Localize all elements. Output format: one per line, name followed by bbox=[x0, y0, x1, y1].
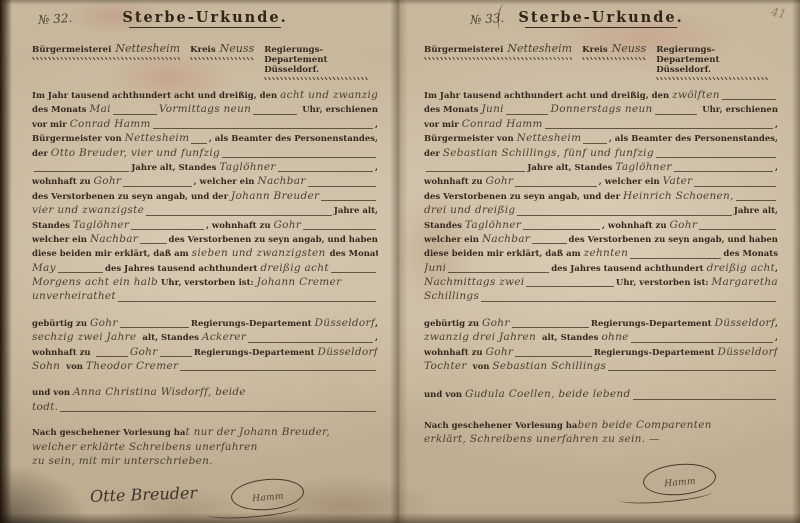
handwritten-text: t nur der Johann Breuder, bbox=[185, 426, 330, 438]
handwritten-text: Nachbar bbox=[482, 233, 530, 245]
form-line: Bürgermeister von Nettesheim, als Beamte… bbox=[424, 132, 778, 146]
printed-text: alt, Standes bbox=[536, 333, 601, 343]
printed-text: des Monats bbox=[32, 105, 90, 115]
form-line: der Sebastian Schillings, fünf und funfz… bbox=[424, 147, 778, 161]
form-rule bbox=[481, 300, 776, 302]
handwritten-text: May bbox=[32, 262, 56, 274]
form-line: todt. bbox=[32, 401, 378, 415]
form-rule bbox=[699, 228, 776, 230]
handwritten-text: Nettesheim bbox=[517, 132, 582, 144]
printed-text: Standes bbox=[32, 221, 73, 231]
form-line: diese beiden mir erklärt, daß am sieben … bbox=[32, 247, 378, 261]
handwritten-text: Heinrich Schoenen, bbox=[623, 190, 734, 202]
form-rule bbox=[331, 271, 376, 273]
form-line: des Monats JuniDonnerstags neun Uhr, ers… bbox=[424, 103, 778, 117]
handwritten-text: dreißig acht bbox=[260, 262, 328, 274]
field-departement: Regierungs-Departement Düsseldorf. bbox=[264, 45, 368, 80]
printed-text: des Verstorbenen zu seyn angab, und der bbox=[424, 192, 623, 202]
form-line: Nach geschehener Vorlesung hat nur der J… bbox=[32, 426, 378, 440]
handwritten-text: Gohr bbox=[94, 175, 122, 187]
handwritten-text: Sebastian Schillings bbox=[492, 360, 606, 372]
printed-text: welcher ein bbox=[32, 235, 90, 245]
printed-text: , wohnhaft zu bbox=[602, 221, 669, 231]
handwritten-text: Margaretha bbox=[712, 276, 779, 288]
form-rule bbox=[674, 170, 773, 172]
printed-text: Im Jahr tausend achthundert acht und dre… bbox=[32, 91, 280, 101]
form-rule bbox=[512, 326, 589, 328]
form-line: vor mir Conrad Hamm, bbox=[32, 118, 378, 132]
form-rule bbox=[308, 185, 376, 187]
signature-row: Otte Breuder Hamm bbox=[32, 479, 378, 510]
form-rule bbox=[96, 355, 128, 357]
form-rule bbox=[131, 228, 204, 230]
field-buergermeisterei: BürgermeistereiNettesheim bbox=[424, 42, 572, 60]
printed-text: , bbox=[375, 120, 378, 130]
handwritten-text: Nachbar bbox=[257, 175, 305, 187]
form-rule bbox=[515, 355, 592, 357]
form-line: unverheirathet bbox=[32, 290, 378, 304]
handwritten-text: Tochter bbox=[424, 360, 467, 372]
handwritten-text: Ackerer bbox=[202, 331, 246, 343]
handwritten-text: todt. bbox=[32, 401, 58, 413]
handwritten-text: Vater bbox=[663, 175, 693, 187]
form-line: gebürtig zu GohrRegierungs-Departement D… bbox=[424, 317, 778, 331]
certificate-title: Sterbe-Urkunde. bbox=[32, 6, 378, 28]
handwritten-text: sieben und zwanzigsten bbox=[192, 247, 326, 259]
form-line: des Verstorbenen zu seyn angab, und der … bbox=[32, 190, 378, 204]
form-rule bbox=[655, 113, 698, 115]
printed-text: Jahre alt, Standes bbox=[131, 163, 219, 173]
form-rule bbox=[426, 170, 525, 172]
printed-text: Uhr, verstorben ist: bbox=[158, 278, 257, 288]
printed-text: der bbox=[32, 149, 51, 159]
form-line: vier und zwanzigsteJahre alt, bbox=[32, 204, 378, 218]
printed-text: wohnhaft zu bbox=[32, 348, 94, 358]
form-rule bbox=[631, 341, 773, 343]
form-line: Im Jahr tausend achthundert acht und dre… bbox=[32, 89, 378, 103]
handwritten-text: Juni bbox=[424, 262, 446, 274]
form-line: Jahre alt, Standes Taglöhner, bbox=[32, 161, 378, 175]
form-line: zu sein, mit mir unterschrieben. bbox=[32, 455, 378, 469]
printed-text: Nach geschehener Vorlesung ha bbox=[32, 428, 185, 438]
death-certificate-page-33: № 33. Sterbe-Urkunde. BürgermeistereiNet… bbox=[408, 0, 794, 523]
handwritten-text: dreißig acht bbox=[707, 262, 775, 274]
handwritten-text: Taglöhner bbox=[615, 161, 671, 173]
form-line: des Monats MaiVormittags neun Uhr, ersch… bbox=[32, 103, 378, 117]
printed-text: des Monats bbox=[424, 105, 482, 115]
certificate-body: Im Jahr tausend achthundert acht und dre… bbox=[32, 89, 378, 469]
form-rule bbox=[736, 199, 776, 201]
handwritten-text: acht und zwanzigsten bbox=[280, 89, 378, 101]
form-rule bbox=[120, 326, 189, 328]
form-line: Bürgermeister von Nettesheim, als Beamte… bbox=[32, 132, 378, 146]
certificate-number: № 32. bbox=[38, 11, 73, 27]
form-rule bbox=[545, 127, 773, 129]
form-rule bbox=[253, 113, 297, 115]
handwritten-text: Nettesheim bbox=[125, 132, 190, 144]
form-line: welcher erklärte Schreibens unerfahren bbox=[32, 441, 378, 455]
form-line: Im Jahr tausend achthundert acht und dre… bbox=[424, 89, 778, 103]
printed-text: wohnhaft zu bbox=[32, 177, 94, 187]
printed-text: von bbox=[467, 362, 493, 372]
handwritten-text: Anna Christina Wisdorff, beide bbox=[73, 386, 246, 398]
printed-text: Im Jahr tausend achthundert acht und dre… bbox=[424, 91, 672, 101]
printed-text: , bbox=[775, 163, 778, 173]
printed-text: welcher ein bbox=[424, 235, 482, 245]
handwritten-text: zehnten bbox=[584, 247, 629, 259]
handwritten-text: Taglöhner bbox=[73, 219, 129, 231]
form-line: und von Anna Christina Wisdorff, beide bbox=[32, 386, 378, 400]
form-line: Schillings bbox=[424, 290, 778, 304]
printed-text: des Monats bbox=[723, 249, 778, 259]
form-rule bbox=[146, 214, 332, 216]
form-rule bbox=[608, 369, 776, 371]
form-rule bbox=[180, 369, 376, 371]
printed-text: Regierungs-Departement bbox=[191, 319, 315, 329]
printed-text: , bbox=[375, 163, 378, 173]
form-line: wohnhaft zu Gohr, welcher ein Vater bbox=[424, 175, 778, 189]
printed-text: , bbox=[375, 319, 378, 329]
printed-text: des Verstorbenen zu seyn angab, und habe… bbox=[169, 235, 378, 245]
handwritten-text: Gohr bbox=[130, 346, 158, 358]
form-line: Tochter von Sebastian Schillings bbox=[424, 360, 778, 374]
printed-text: Jahre alt, bbox=[334, 206, 378, 216]
handwritten-text: Donnerstags neun bbox=[550, 103, 652, 115]
handwritten-text: Gohr bbox=[90, 317, 118, 329]
death-certificate-page-32: № 32. Sterbe-Urkunde. BürgermeistereiNet… bbox=[10, 0, 390, 523]
handwritten-text: zwölften bbox=[672, 89, 720, 101]
form-line: vor mir Conrad Hamm, bbox=[424, 118, 778, 132]
form-line: Nachmittags zweiUhr, verstorben ist: Mar… bbox=[424, 276, 778, 290]
signature-flourish-oval: Hamm bbox=[230, 476, 306, 513]
handwritten-text: Mai bbox=[90, 103, 111, 115]
form-rule bbox=[58, 271, 103, 273]
signature-flourish-oval: Hamm bbox=[641, 460, 717, 497]
printed-text: wohnhaft zu bbox=[424, 348, 486, 358]
form-rule bbox=[60, 410, 376, 412]
field-label: Bürgermeisterei bbox=[32, 45, 111, 55]
form-rule bbox=[140, 242, 166, 244]
book-gutter-shadow bbox=[390, 0, 408, 523]
printed-text: Uhr, erschienen bbox=[699, 105, 778, 115]
form-line: Nach geschehener Vorlesung haben beide C… bbox=[424, 419, 778, 433]
printed-text: diese beiden mir erklärt, daß am bbox=[424, 249, 584, 259]
printed-text: des Verstorbenen zu seyn angab, und der bbox=[32, 192, 231, 202]
form-line: Morgens acht ein halb Uhr, verstorben is… bbox=[32, 276, 378, 290]
handwritten-text: Schillings bbox=[424, 290, 479, 302]
handwritten-text: Taglöhner bbox=[219, 161, 275, 173]
form-rule bbox=[303, 228, 376, 230]
handwritten-text: Düsseldorf bbox=[315, 317, 375, 329]
handwritten-text: Sebastian Schillings, fünf und funfzig bbox=[443, 147, 654, 159]
form-rule bbox=[153, 127, 373, 129]
printed-text: , bbox=[775, 120, 778, 130]
printed-text: , als Beamter des Personenstandes, bbox=[209, 134, 378, 144]
register-book-spread: № 32. Sterbe-Urkunde. BürgermeistereiNet… bbox=[0, 0, 800, 523]
handwritten-text: Gohr bbox=[486, 346, 514, 358]
form-line: gebürtig zu GohrRegierungs-Departement D… bbox=[32, 317, 378, 331]
printed-text: , bbox=[775, 333, 778, 343]
printed-text: Regierungs-Departement bbox=[594, 348, 718, 358]
printed-text: , bbox=[375, 333, 378, 343]
handwritten-text: Gohr bbox=[669, 219, 697, 231]
form-rule bbox=[583, 142, 607, 144]
form-rule bbox=[630, 257, 721, 259]
witness-signature: Otte Breuder bbox=[90, 484, 198, 507]
printed-text: vor mir bbox=[424, 120, 462, 130]
jurisdiction-fields: BürgermeistereiNettesheim KreisNeuss Reg… bbox=[424, 42, 778, 80]
page-header: № 33. Sterbe-Urkunde. bbox=[424, 6, 778, 36]
form-rule bbox=[633, 398, 777, 400]
handwritten-text: Conrad Hamm bbox=[70, 118, 151, 130]
field-value: Neuss bbox=[612, 42, 647, 55]
form-line: Maydes Jahres tausend achthundert dreißi… bbox=[32, 262, 378, 276]
handwritten-text: Johann Cremer bbox=[257, 276, 342, 288]
field-label: Regierungs-Departement Düsseldorf. bbox=[264, 45, 327, 75]
form-rule bbox=[515, 185, 597, 187]
printed-text: , bbox=[775, 264, 778, 274]
printed-text: diese beiden mir erklärt, daß am bbox=[32, 249, 192, 259]
form-rule bbox=[160, 355, 192, 357]
field-departement: Regierungs-Departement Düsseldorf. bbox=[656, 45, 768, 80]
form-rule bbox=[191, 142, 207, 144]
form-line: Junides Jahres tausend achthundert dreiß… bbox=[424, 262, 778, 276]
printed-text: Regierungs-Departement bbox=[194, 348, 318, 358]
printed-text: wohnhaft zu bbox=[424, 177, 486, 187]
form-rule bbox=[123, 185, 191, 187]
handwritten-text: Gohr bbox=[482, 317, 510, 329]
printed-text: , welcher ein bbox=[194, 177, 258, 187]
field-kreis: KreisNeuss bbox=[190, 42, 254, 60]
form-rule bbox=[118, 300, 376, 302]
handwritten-text: ohne bbox=[601, 331, 628, 343]
form-rule bbox=[248, 341, 373, 343]
printed-text: , welcher ein bbox=[599, 177, 663, 187]
handwritten-text: Düsseldorf bbox=[718, 346, 778, 358]
handwritten-text: zwanzig drei Jahren bbox=[424, 331, 536, 343]
printed-text: Regierungs-Departement bbox=[591, 319, 715, 329]
handwritten-text: Vormittags neun bbox=[159, 103, 251, 115]
field-value: Nettesheim bbox=[115, 42, 180, 55]
form-rule bbox=[517, 214, 731, 216]
handwritten-text: Juni bbox=[482, 103, 504, 115]
form-line: des Verstorbenen zu seyn angab, und der … bbox=[424, 190, 778, 204]
field-value: Neuss bbox=[220, 42, 255, 55]
handwritten-text: Morgens acht ein halb bbox=[32, 276, 158, 288]
handwritten-text: vier und zwanzigste bbox=[32, 204, 144, 216]
page-header: № 32. Sterbe-Urkunde. bbox=[32, 6, 378, 36]
official-signature: Hamm bbox=[663, 476, 695, 489]
handwritten-text: unverheirathet bbox=[32, 290, 116, 302]
form-line: welcher ein Nachbardes Verstorbenen zu s… bbox=[424, 233, 778, 247]
form-line: Standes Taglöhner, wohnhaft zu Gohr bbox=[424, 219, 778, 233]
form-rule bbox=[532, 242, 566, 244]
form-line: drei und dreißigJahre alt, bbox=[424, 204, 778, 218]
printed-text: von bbox=[60, 362, 86, 372]
handwritten-text: Sohn bbox=[32, 360, 60, 372]
printed-text: Bürgermeister von bbox=[32, 134, 125, 144]
printed-text: Jahre alt, Standes bbox=[527, 163, 615, 173]
form-line: der Otto Breuder, vier und funfzig bbox=[32, 147, 378, 161]
form-line: Sohn von Theodor Cremer bbox=[32, 360, 378, 374]
handwritten-text: Otto Breuder, vier und funfzig bbox=[51, 147, 220, 159]
field-label: Bürgermeisterei bbox=[424, 45, 503, 55]
form-line: wohnhaft zu GohrRegierungs-Departement D… bbox=[32, 346, 378, 360]
printed-text: gebürtig zu bbox=[32, 319, 90, 329]
printed-text: des Monats bbox=[330, 249, 378, 259]
form-rule bbox=[523, 228, 600, 230]
form-rule bbox=[656, 156, 776, 158]
form-line: und von Gudula Coellen, beide lebend bbox=[424, 388, 778, 402]
folio-number: 41 bbox=[769, 5, 787, 22]
form-line: sechzig zwei Jahre alt, Standes Ackerer, bbox=[32, 331, 378, 345]
form-rule bbox=[113, 113, 157, 115]
form-line: wohnhaft zu Gohr, welcher ein Nachbar bbox=[32, 175, 378, 189]
signature-row: Hamm bbox=[424, 464, 716, 495]
form-rule bbox=[34, 170, 129, 172]
form-line: erklärt, Schreibens unerfahren zu sein. … bbox=[424, 433, 778, 447]
printed-text: Uhr, erschienen bbox=[299, 105, 378, 115]
form-rule bbox=[321, 199, 376, 201]
jurisdiction-fields: BürgermeistereiNettesheim KreisNeuss Reg… bbox=[32, 42, 378, 80]
printed-text: , bbox=[775, 319, 778, 329]
handwritten-text: Theodor Cremer bbox=[86, 360, 178, 372]
printed-text: , wohnhaft zu bbox=[206, 221, 273, 231]
handwritten-text: sechzig zwei Jahre bbox=[32, 331, 137, 343]
printed-text: Jahre alt, bbox=[734, 206, 778, 216]
field-value: Nettesheim bbox=[507, 42, 572, 55]
form-line: zwanzig drei Jahren alt, Standes ohne, bbox=[424, 331, 778, 345]
printed-text: Bürgermeister von bbox=[424, 134, 517, 144]
field-label: Regierungs-Departement Düsseldorf. bbox=[656, 45, 719, 75]
form-rule bbox=[694, 185, 776, 187]
handwritten-text: Düsseldorf bbox=[318, 346, 378, 358]
handwritten-text: erklärt, Schreibens unerfahren zu sein. … bbox=[424, 433, 660, 445]
form-rule bbox=[526, 285, 613, 287]
printed-text: des Jahres tausend achthundert bbox=[105, 264, 260, 274]
form-line: Jahre alt, Standes Taglöhner, bbox=[424, 161, 778, 175]
printed-text: alt, Standes bbox=[137, 333, 202, 343]
certificate-body: Im Jahr tausend achthundert acht und dre… bbox=[424, 89, 778, 448]
handwritten-text: Nachmittags zwei bbox=[424, 276, 524, 288]
form-rule bbox=[448, 271, 549, 273]
field-label: Kreis bbox=[190, 45, 216, 55]
printed-text: Standes bbox=[424, 221, 465, 231]
printed-text: Nach geschehener Vorlesung ha bbox=[424, 421, 577, 431]
form-rule bbox=[722, 98, 776, 100]
form-line: wohnhaft zu GohrRegierungs-Departement D… bbox=[424, 346, 778, 360]
handwritten-text: Gohr bbox=[486, 175, 514, 187]
printed-text: des Verstorbenen zu seyn angab, und habe… bbox=[569, 235, 778, 245]
printed-text: Uhr, verstorben ist: bbox=[616, 278, 712, 288]
form-line: welcher ein Nachbardes Verstorbenen zu s… bbox=[32, 233, 378, 247]
printed-text: gebürtig zu bbox=[424, 319, 482, 329]
handwritten-text: Gudula Coellen, beide lebend bbox=[465, 388, 630, 400]
printed-text: des Jahres tausend achthundert bbox=[551, 264, 706, 274]
handwritten-text: zu sein, mit mir unterschrieben. bbox=[32, 455, 213, 467]
printed-text: der bbox=[424, 149, 443, 159]
field-buergermeisterei: BürgermeistereiNettesheim bbox=[32, 42, 180, 60]
form-rule bbox=[506, 113, 549, 115]
official-signature: Hamm bbox=[252, 492, 284, 505]
handwritten-text: Conrad Hamm bbox=[462, 118, 543, 130]
handwritten-text: Nachbar bbox=[90, 233, 138, 245]
handwritten-text: ben beide Comparenten bbox=[577, 419, 711, 431]
handwritten-text: drei und dreißig bbox=[424, 204, 515, 216]
form-rule bbox=[278, 170, 373, 172]
field-kreis: KreisNeuss bbox=[582, 42, 646, 60]
field-label: Kreis bbox=[582, 45, 608, 55]
printed-text: , als Beamter des Personenstandes, bbox=[609, 134, 778, 144]
handwritten-text: Taglöhner bbox=[465, 219, 521, 231]
handwritten-text: welcher erklärte Schreibens unerfahren bbox=[32, 441, 258, 453]
handwritten-text: Düsseldorf bbox=[715, 317, 775, 329]
handwritten-text: Gohr bbox=[273, 219, 301, 231]
printed-text: und von bbox=[424, 390, 465, 400]
printed-text: und von bbox=[32, 388, 73, 398]
form-rule bbox=[222, 156, 376, 158]
printed-text: vor mir bbox=[32, 120, 70, 130]
handwritten-text: Johann Breuder bbox=[231, 190, 319, 202]
form-line: Standes Taglöhner, wohnhaft zu Gohr bbox=[32, 219, 378, 233]
form-line: diese beiden mir erklärt, daß am zehnten… bbox=[424, 247, 778, 261]
